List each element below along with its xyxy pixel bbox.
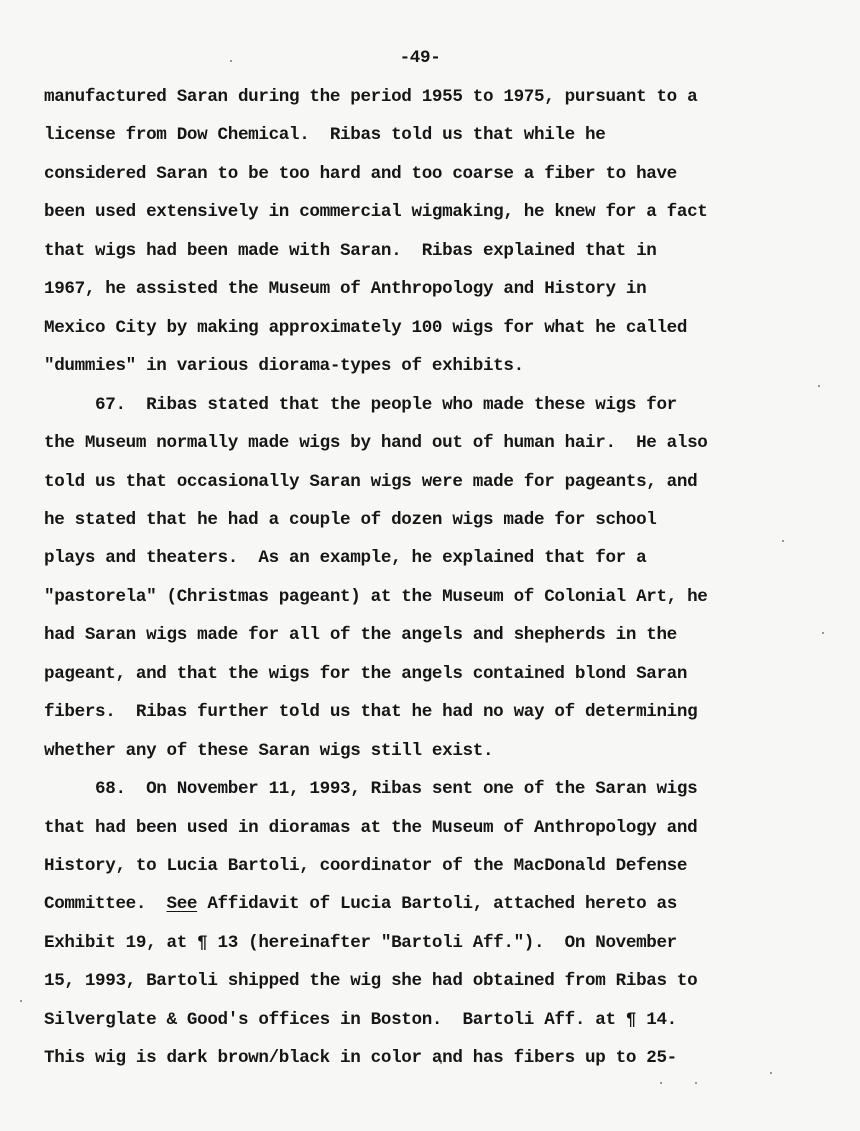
- text-line: told us that occasionally Saran wigs wer…: [44, 471, 697, 493]
- page-number: -49-: [0, 48, 850, 68]
- underlined-citation-signal: See: [167, 894, 198, 914]
- text-line: fibers. Ribas further told us that he ha…: [44, 701, 697, 723]
- text-line: plays and theaters. As an example, he ex…: [44, 547, 646, 569]
- text-line: This wig is dark brown/black in color an…: [44, 1047, 677, 1069]
- scan-speck: [818, 385, 820, 387]
- scan-speck: [770, 1072, 772, 1074]
- text-line: considered Saran to be too hard and too …: [44, 163, 677, 185]
- text-line: that had been used in dioramas at the Mu…: [44, 817, 697, 839]
- text-line: whether any of these Saran wigs still ex…: [44, 740, 493, 762]
- text-line: 67. Ribas stated that the people who mad…: [44, 394, 677, 416]
- text-line: been used extensively in commercial wigm…: [44, 201, 708, 223]
- text-line: had Saran wigs made for all of the angel…: [44, 624, 677, 646]
- scan-speck: [440, 1062, 442, 1064]
- document-page: -49- manufactured Saran during the perio…: [0, 0, 860, 1131]
- scan-speck: [660, 1082, 662, 1084]
- text-line: 1967, he assisted the Museum of Anthropo…: [44, 278, 646, 300]
- text-line: "pastorela" (Christmas pageant) at the M…: [44, 586, 708, 608]
- text-line: that wigs had been made with Saran. Riba…: [44, 240, 656, 262]
- text-line: the Museum normally made wigs by hand ou…: [44, 432, 708, 454]
- text-line: manufactured Saran during the period 195…: [44, 86, 697, 108]
- text-line: 15, 1993, Bartoli shipped the wig she ha…: [44, 970, 697, 992]
- scan-speck: [822, 632, 824, 634]
- text-line: license from Dow Chemical. Ribas told us…: [44, 124, 605, 146]
- text-line: History, to Lucia Bartoli, coordinator o…: [44, 855, 687, 877]
- scan-speck: [695, 1082, 697, 1084]
- text-line: Exhibit 19, at ¶ 13 (hereinafter "Bartol…: [44, 932, 677, 954]
- scan-speck: [230, 60, 232, 62]
- text-line: Mexico City by making approximately 100 …: [44, 317, 687, 339]
- scan-speck: [782, 540, 784, 542]
- text-line: pageant, and that the wigs for the angel…: [44, 663, 687, 685]
- text-line: Committee. See Affidavit of Lucia Bartol…: [44, 893, 677, 915]
- text-line: 68. On November 11, 1993, Ribas sent one…: [44, 778, 697, 800]
- text-line: Silverglate & Good's offices in Boston. …: [44, 1009, 677, 1031]
- scan-speck: [20, 1000, 22, 1002]
- text-line: he stated that he had a couple of dozen …: [44, 509, 656, 531]
- text-line: "dummies" in various diorama-types of ex…: [44, 355, 524, 377]
